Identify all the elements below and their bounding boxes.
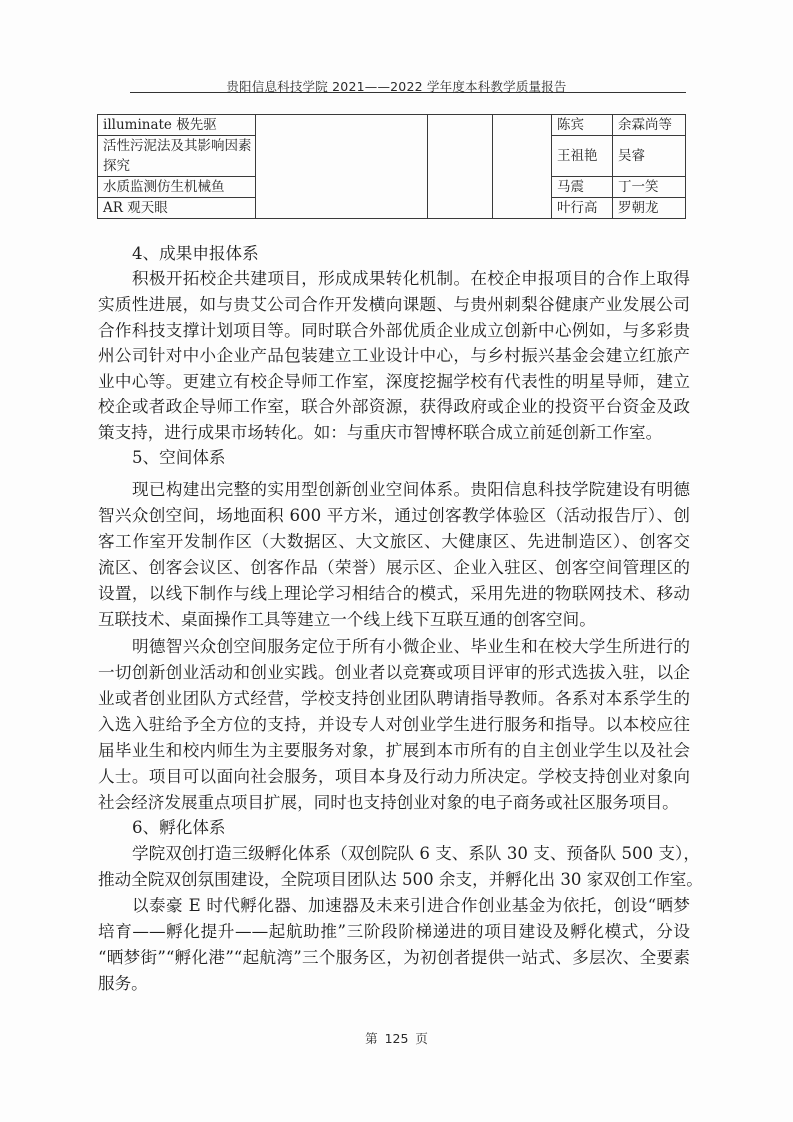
header-rule	[130, 92, 686, 93]
leader-cell: 王祖艳	[552, 136, 613, 177]
paragraph-line: 培育——孵化提升——起航助推”三阶段阶梯递进的项目建设及孵化模式，分设	[98, 919, 690, 945]
paragraph-line: 实质性进展，如与贵艾公司合作开发横向课题、与贵州刺梨谷健康产业发展公司	[98, 292, 690, 318]
blank-cell	[256, 115, 428, 219]
paragraph-line: 校企或者政企导师工作室，联合外部资源，获得政府或企业的投资平台资金及政	[98, 394, 690, 420]
paragraph-line: 入选入驻给予全方位的支持，并设专人对创业学生进行服务和指导。以本校应往	[98, 712, 690, 738]
paragraph-line: 流区、创客会议区、创客作品（荣誉）展示区、企业入驻区、创客空间管理区的	[98, 555, 690, 581]
paragraph-line: 学院双创打造三级孵化体系（双创院队 6 支、系队 30 支、预备队 500 支）…	[132, 841, 690, 867]
paragraph-line: 互联技术、桌面操作工具等建立一个线上线下互联互通的创客空间。	[98, 607, 690, 633]
leader-cell: 马震	[552, 177, 613, 198]
project-table: illuminate 极先驱 陈宾 余霖尚等 活性污泥法及其影响因素探究 王祖艳…	[97, 114, 686, 219]
paragraph-line: 业或者创业团队方式经营，学校支持创业团队聘请指导教师。各系对本系学生的	[98, 686, 690, 712]
paragraph-line: 业中心等。更建立有校企导师工作室，深度挖掘学校有代表性的明星导师，建立	[98, 369, 690, 395]
project-name-cell: 水质监测仿生机械鱼	[98, 177, 256, 198]
paragraph-line: 设置，以线下制作与线上理论学习相结合的模式，采用先进的物联网技术、移动	[98, 581, 690, 607]
members-cell: 吴睿	[613, 136, 686, 177]
paragraph-line: “晒梦街”“孵化港”“起航湾”三个服务区，为初创者提供一站式、多层次、全要素	[98, 945, 690, 971]
paragraph-line: 人士。项目可以面向社会服务，项目本身及行动力所决定。学校支持创业对象向	[98, 764, 690, 790]
paragraph-line: 智兴众创空间，场地面积 600 平方米，通过创客教学体验区（活动报告厅）、创	[98, 503, 690, 529]
paragraph-line: 推动全院双创氛围建设，全院项目团队达 500 余支，并孵化出 30 家双创工作室…	[98, 867, 690, 893]
paragraph-line: 一切创新创业活动和创业实践。创业者以竞赛或项目评审的形式选拔入驻，以企	[98, 660, 690, 686]
paragraph-line: 社会经济发展重点项目扩展，同时也支持创业对象的电子商务或社区服务项目。	[98, 790, 690, 816]
paragraph-line: 以泰豪 E 时代孵化器、加速器及未来引进合作创业基金为依托，创设“晒梦	[132, 893, 690, 919]
blank-cell	[493, 115, 552, 219]
paragraph-line: 策支持，进行成果市场转化。如：与重庆市智博杯联合成立前延创新工作室。	[98, 420, 690, 446]
section-heading: 4、成果申报体系	[132, 241, 690, 267]
table-row: illuminate 极先驱 陈宾 余霖尚等	[98, 115, 686, 136]
project-name-cell: AR 观天眼	[98, 198, 256, 219]
project-name-cell: illuminate 极先驱	[98, 115, 256, 136]
paragraph-line: 合作科技支撑计划项目等。同时联合外部优质企业成立创新中心例如，与多彩贵	[98, 318, 690, 344]
section-heading: 5、空间体系	[132, 445, 690, 471]
paragraph-line: 现已构建出完整的实用型创新创业空间体系。贵阳信息科技学院建设有明德	[132, 477, 690, 503]
paragraph-line: 客工作室开发制作区（大数据区、大文旅区、大健康区、先进制造区）、创客交	[98, 529, 690, 555]
leader-cell: 陈宾	[552, 115, 613, 136]
section-heading: 6、孵化体系	[132, 815, 690, 841]
paragraph-line: 届毕业生和校内师生为主要服务对象，扩展到本市所有的自主创业学生以及社会	[98, 738, 690, 764]
paragraph-line: 明德智兴众创空间服务定位于所有小微企业、毕业生和在校大学生所进行的	[132, 634, 690, 660]
members-cell: 丁一笑	[613, 177, 686, 198]
paragraph-line: 州公司针对中小企业产品包装建立工业设计中心，与乡村振兴基金会建立红旅产	[98, 343, 690, 369]
paragraph-line: 服务。	[98, 971, 690, 997]
leader-cell: 叶行高	[552, 198, 613, 219]
project-name-cell: 活性污泥法及其影响因素探究	[98, 136, 256, 177]
members-cell: 余霖尚等	[613, 115, 686, 136]
blank-cell	[428, 115, 493, 219]
paragraph-line: 积极开拓校企共建项目，形成成果转化机制。在校企申报项目的合作上取得	[132, 266, 690, 292]
page-number: 第 125 页	[0, 1029, 793, 1047]
members-cell: 罗朝龙	[613, 198, 686, 219]
